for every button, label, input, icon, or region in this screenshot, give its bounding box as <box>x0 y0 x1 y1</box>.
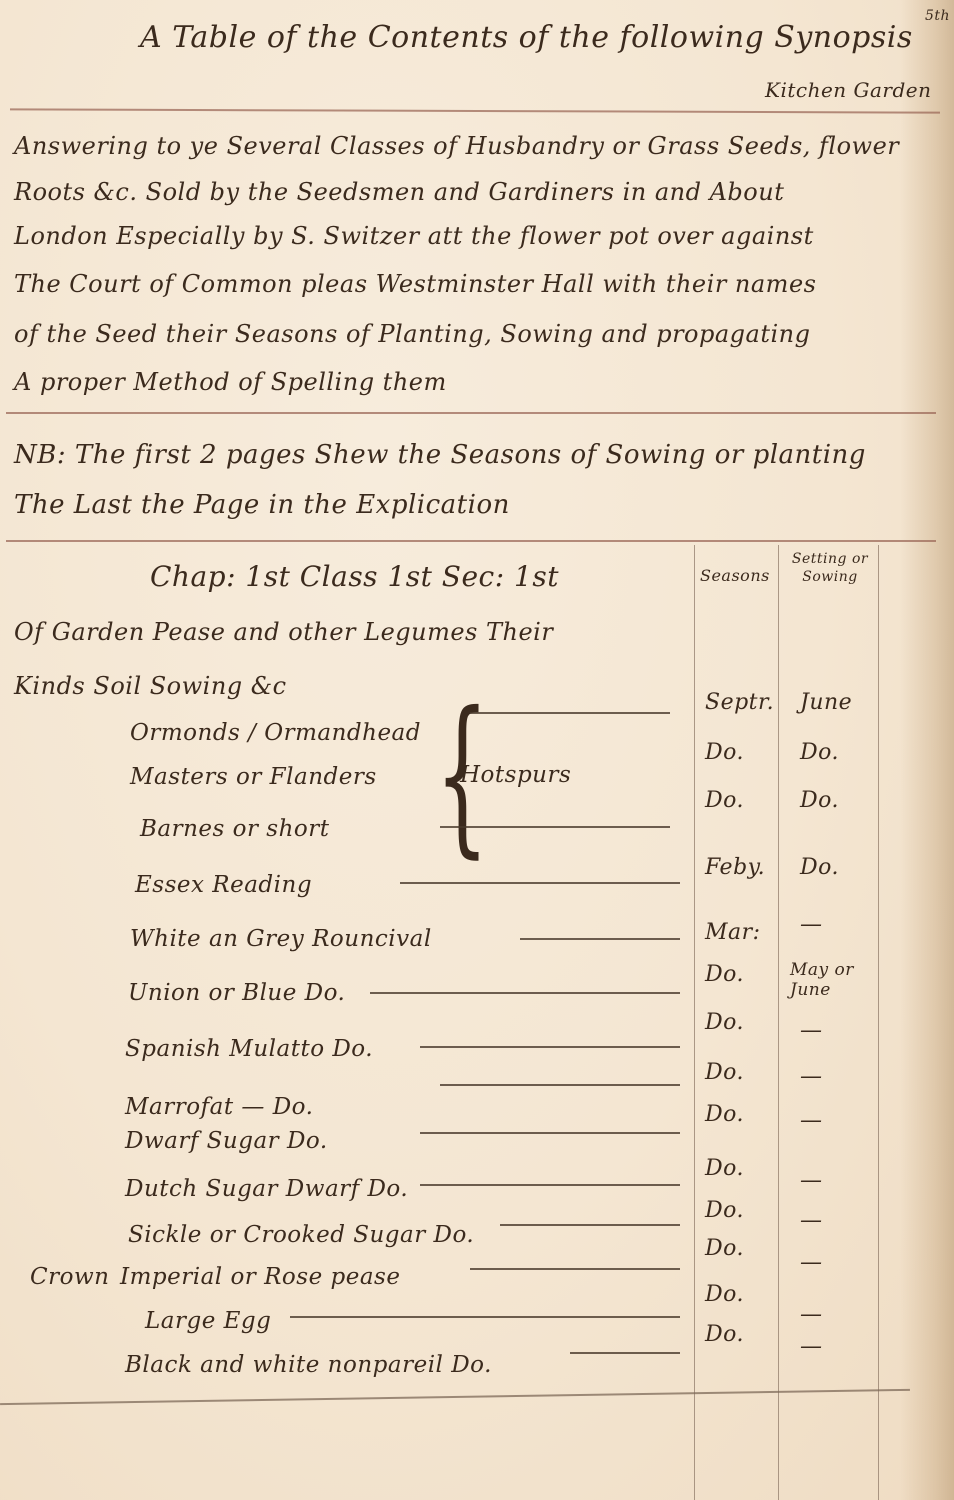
preamble-line: London Especially by S. Switzer att the … <box>14 222 814 250</box>
row-seasons: Do. <box>705 1282 744 1307</box>
preamble-line: Roots &c. Sold by the Seedsmen and Gardi… <box>14 178 784 206</box>
leader-dash <box>370 992 680 994</box>
row-name: Ormonds / Ormandhead <box>130 720 421 746</box>
row-name: Dwarf Sugar Do. <box>125 1128 328 1154</box>
row-name: Essex Reading <box>135 872 312 898</box>
row-seasons: Septr. <box>705 690 774 715</box>
row-setting: Do. <box>800 855 839 880</box>
row-setting: May or June <box>790 960 875 1000</box>
preamble-line: of the Seed their Seasons of Planting, S… <box>14 320 810 348</box>
row-name: Masters or Flanders <box>130 764 377 790</box>
row-setting: — <box>800 1208 823 1233</box>
column-line-seasons <box>694 545 695 1500</box>
divider-line <box>10 108 940 113</box>
row-seasons: Do. <box>705 962 744 987</box>
page-marker: 5th <box>925 8 950 24</box>
leader-dash <box>290 1316 680 1318</box>
row-setting: Do. <box>800 788 839 813</box>
column-header-setting: Setting or Sowing <box>785 550 875 586</box>
row-setting: June <box>800 690 852 715</box>
row-name: Marrofat — Do. <box>125 1094 313 1120</box>
leader-dash <box>420 1132 680 1134</box>
row-seasons: Mar: <box>705 920 761 945</box>
column-header-seasons: Seasons <box>700 566 770 585</box>
row-seasons: Do. <box>705 1102 744 1127</box>
row-name: Imperial or Rose pease <box>120 1264 400 1290</box>
row-seasons: Do. <box>705 1236 744 1261</box>
row-name: Dutch Sugar Dwarf Do. <box>125 1176 408 1202</box>
row-seasons: Feby. <box>705 855 765 880</box>
preamble-line: The Court of Common pleas Westminster Ha… <box>14 270 816 298</box>
divider-line <box>6 540 936 542</box>
page-title: A Table of the Contents of the following… <box>140 20 913 55</box>
row-setting: — <box>800 1168 823 1193</box>
preamble-line: Answering to ye Several Classes of Husba… <box>14 132 899 160</box>
divider-line <box>0 1389 910 1405</box>
row-name: Sickle or Crooked Sugar Do. <box>128 1222 474 1248</box>
row-seasons: Do. <box>705 788 744 813</box>
section-heading-line: Kinds Soil Sowing &c <box>14 672 287 700</box>
row-seasons: Do. <box>705 1156 744 1181</box>
preamble-line: A proper Method of Spelling them <box>14 368 447 396</box>
leader-dash <box>420 1184 680 1186</box>
row-seasons: Do. <box>705 1322 744 1347</box>
row-seasons: Do. <box>705 1198 744 1223</box>
leader-dash <box>420 1046 680 1048</box>
nb-line: The Last the Page in the Explication <box>14 490 510 520</box>
column-line-setting <box>778 545 779 1500</box>
row-setting: — <box>800 1108 823 1133</box>
leader-dash <box>440 1084 680 1086</box>
leader-dash <box>470 1268 680 1270</box>
row-seasons: Do. <box>705 1010 744 1035</box>
row-name: White an Grey Rouncival <box>130 926 432 952</box>
row-setting: — <box>800 1018 823 1043</box>
leader-dash <box>520 938 680 940</box>
row-name: Union or Blue Do. <box>128 980 345 1006</box>
group-label: Hotspurs <box>460 762 571 788</box>
row-setting: Do. <box>800 740 839 765</box>
section-heading-line: Of Garden Pease and other Legumes Their <box>14 618 553 646</box>
leader-dash <box>570 1352 680 1354</box>
chapter-heading: Chap: 1st Class 1st Sec: 1st <box>150 560 559 593</box>
row-name: Barnes or short <box>140 816 330 842</box>
row-name: Black and white nonpareil Do. <box>125 1352 492 1378</box>
row-setting: — <box>800 1302 823 1327</box>
manuscript-page: A Table of the Contents of the following… <box>0 0 954 1500</box>
row-seasons: Do. <box>705 740 744 765</box>
nb-line: NB: The first 2 pages Shew the Seasons o… <box>14 440 866 470</box>
leader-dash <box>470 712 670 714</box>
row-setting: — <box>800 912 823 937</box>
row-setting: — <box>800 1250 823 1275</box>
leader-dash <box>400 882 680 884</box>
margin-label: Crown <box>30 1264 109 1290</box>
row-setting: — <box>800 1334 823 1359</box>
leader-dash <box>500 1224 680 1226</box>
divider-line <box>6 412 936 414</box>
leader-dash <box>440 826 670 828</box>
row-setting: — <box>800 1064 823 1089</box>
row-name: Spanish Mulatto Do. <box>125 1036 373 1062</box>
page-subtitle: Kitchen Garden <box>765 78 932 102</box>
row-name: Large Egg <box>145 1308 271 1334</box>
row-seasons: Do. <box>705 1060 744 1085</box>
column-line-right <box>878 545 879 1500</box>
